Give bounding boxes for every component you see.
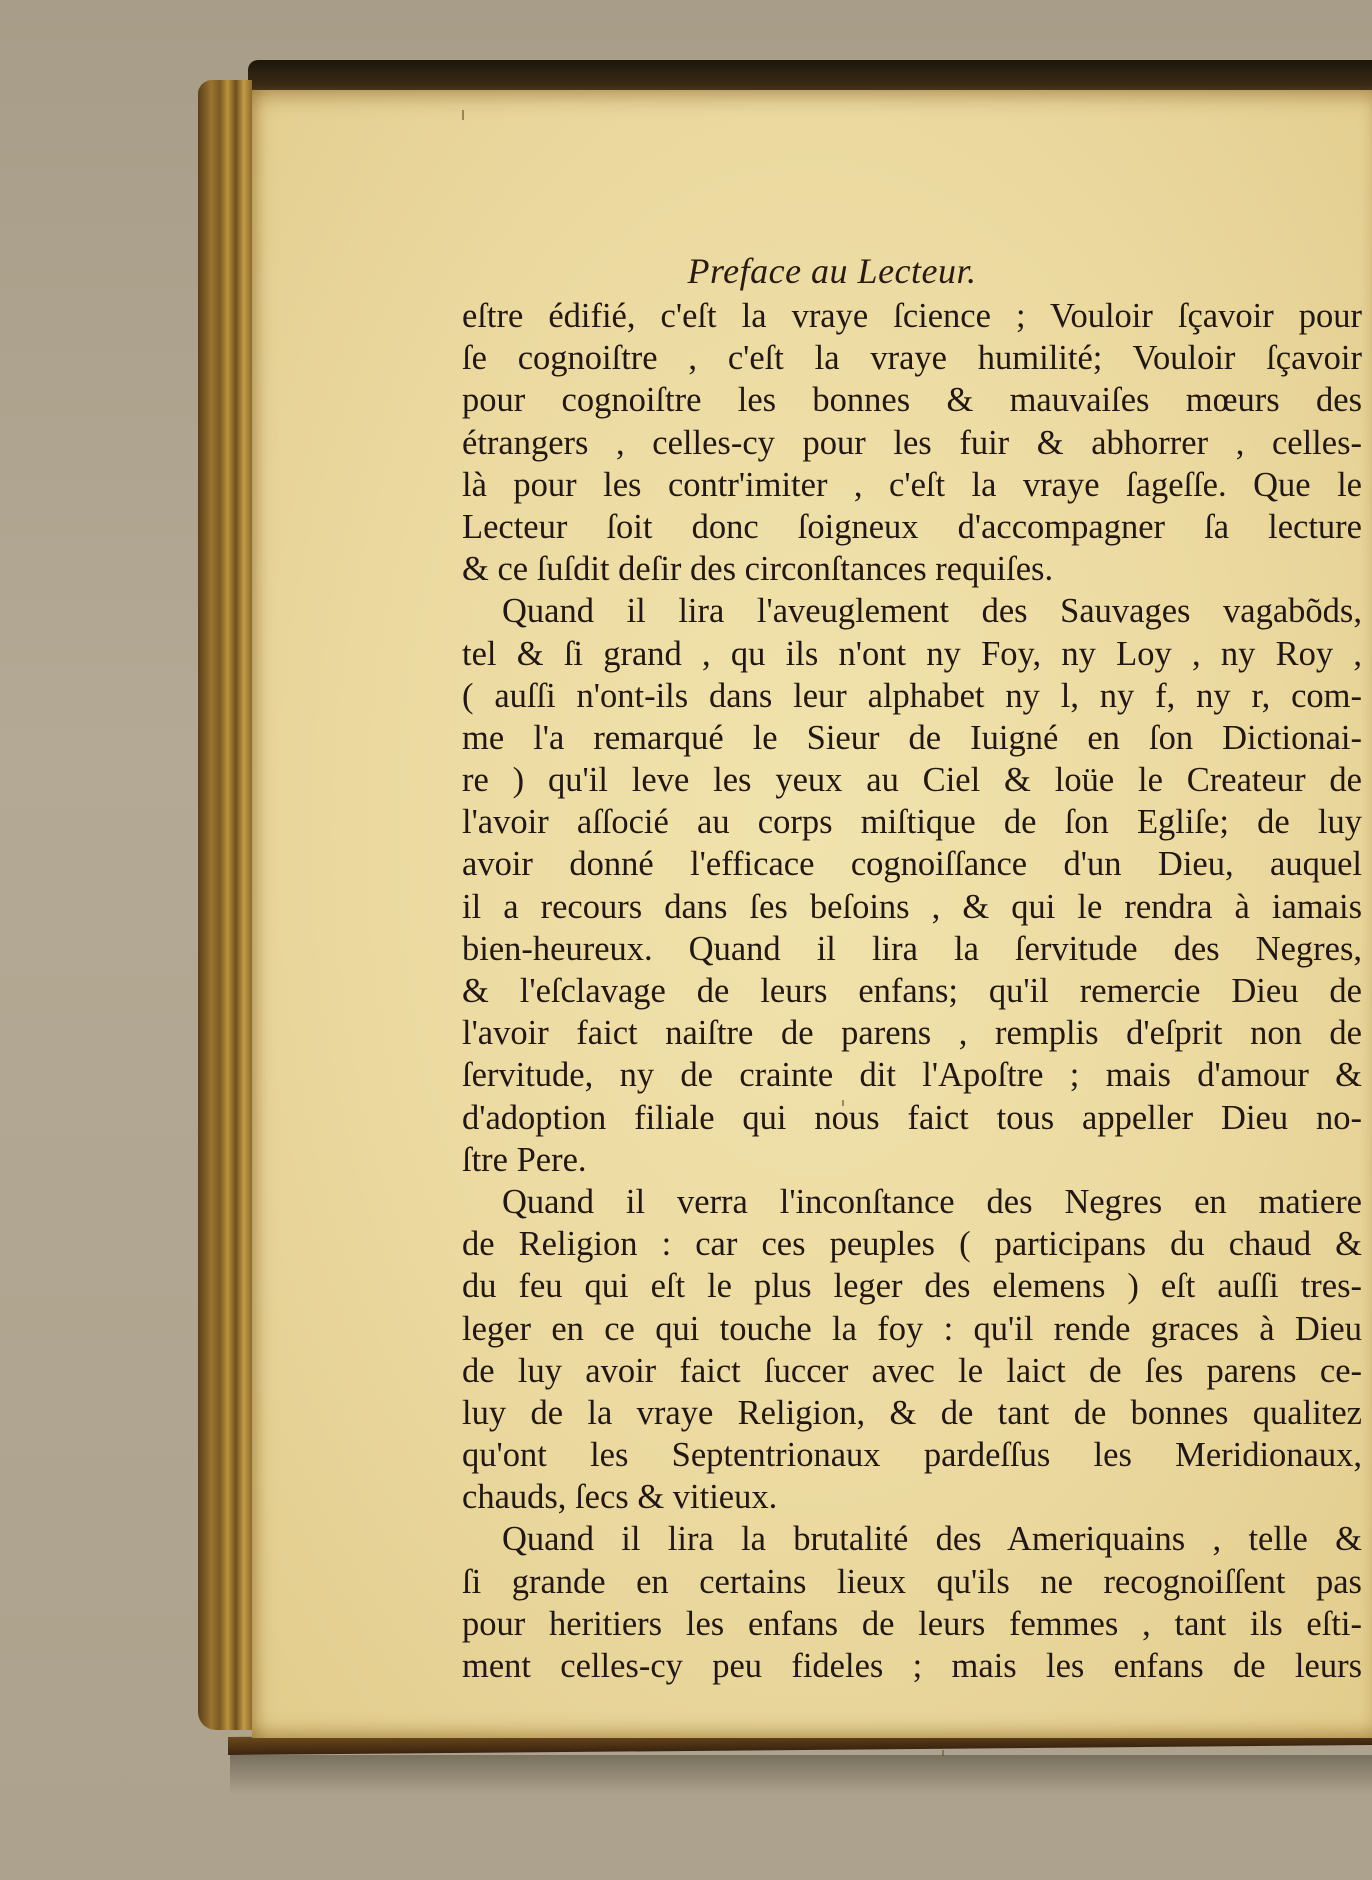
ink-speck	[842, 1100, 844, 1106]
text-line: de Religion : car ces peuples ( particip…	[462, 1223, 1362, 1265]
text-line: qu'ont les Septentrionaux pardeſſus les …	[462, 1434, 1362, 1476]
text-line: Quand il lira l'aveuglement des Sauvages…	[462, 590, 1362, 632]
text-line: & l'eſclavage de leurs enfans; qu'il rem…	[462, 970, 1362, 1012]
text-line: pour heritiers les enfans de leurs femme…	[462, 1603, 1362, 1645]
text-line: du feu qui eſt le plus leger des elemens…	[462, 1265, 1362, 1307]
body-text: eſtre édifié, c'eſt la vraye ſcience ; V…	[462, 295, 1362, 1687]
text-line: de luy avoir faict ſuccer avec le laict …	[462, 1350, 1362, 1392]
running-head: Preface au Lecteur.	[252, 250, 1372, 292]
text-line: ( auſſi n'ont-ils dans leur alphabet ny …	[462, 675, 1362, 717]
text-line: ſi grande en certains lieux qu'ils ne re…	[462, 1561, 1362, 1603]
text-line: me l'a remarqué le Sieur de Iuigné en ſo…	[462, 717, 1362, 759]
text-line: l'avoir aſſocié au corps miſtique de ſon…	[462, 801, 1362, 843]
text-line: tel & ſi grand , qu ils n'ont ny Foy, ny…	[462, 633, 1362, 675]
text-line: eſtre édifié, c'eſt la vraye ſcience ; V…	[462, 295, 1362, 337]
text-line: d'adoption filiale qui nous faict tous a…	[462, 1097, 1362, 1139]
text-line: luy de la vraye Religion, & de tant de b…	[462, 1392, 1362, 1434]
book-page: Preface au Lecteur. eſtre édifié, c'eſt …	[252, 90, 1372, 1738]
text-line: chauds, ſecs & vitieux.	[462, 1476, 1362, 1518]
text-line: pour cognoiſtre les bonnes & mauvaiſes m…	[462, 379, 1362, 421]
text-line: ment celles-cy peu fideles ; mais les en…	[462, 1645, 1362, 1687]
text-line: Lecteur ſoit donc ſoigneux d'accompagner…	[462, 506, 1362, 548]
book-shadow	[230, 1755, 1372, 1795]
text-line: Quand il verra l'inconſtance des Negres …	[462, 1181, 1362, 1223]
open-book: Preface au Lecteur. eſtre édifié, c'eſt …	[198, 60, 1372, 1760]
text-line: ſe cognoiſtre , c'eſt la vraye humilité;…	[462, 337, 1362, 379]
text-line: avoir donné l'efficace cognoiſſance d'un…	[462, 843, 1362, 885]
text-line: là pour les contr'imiter , c'eſt la vray…	[462, 464, 1362, 506]
text-line: Quand il lira la brutalité des Ameriquai…	[462, 1518, 1362, 1560]
text-line: ſervitude, ny de crainte dit l'Apoſtre ;…	[462, 1054, 1362, 1096]
ink-speck	[942, 1750, 944, 1756]
text-line: étrangers , celles-cy pour les fuir & ab…	[462, 422, 1362, 464]
text-line: & ce ſuſdit deſir des circonſtances requ…	[462, 548, 1362, 590]
page-stack-edge	[198, 80, 252, 1730]
text-line: bien-heureux. Quand il lira la ſervitude…	[462, 928, 1362, 970]
text-line: ſtre Pere.	[462, 1139, 1362, 1181]
text-line: il a recours dans ſes beſoins , & qui le…	[462, 886, 1362, 928]
text-line: re ) qu'il leve les yeux au Ciel & loüe …	[462, 759, 1362, 801]
text-line: leger en ce qui touche la foy : qu'il re…	[462, 1308, 1362, 1350]
text-line: l'avoir faict naiſtre de parens , rempli…	[462, 1012, 1362, 1054]
ink-speck	[462, 110, 464, 120]
